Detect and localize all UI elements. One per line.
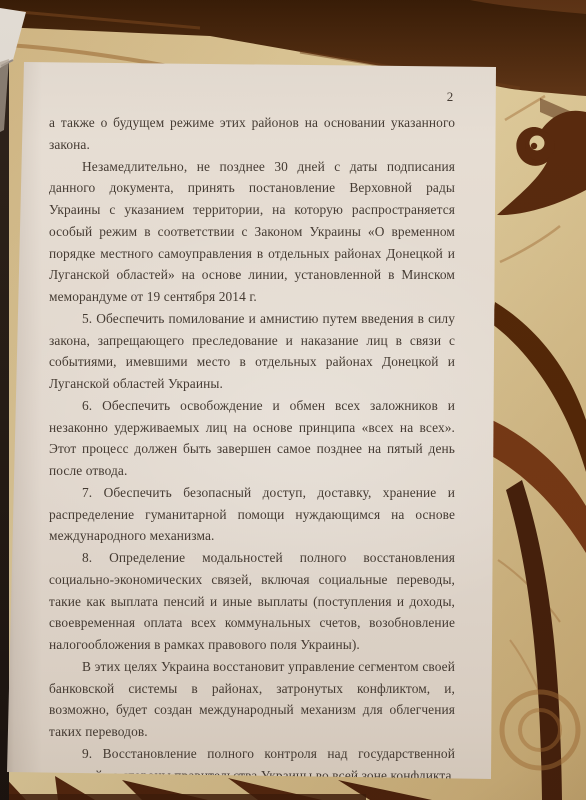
paragraph-point-6: 6. Обеспечить освобождение и обмен всех … (49, 395, 455, 482)
paragraph-point-5: 5. Обеспечить помилование и амнистию пут… (49, 308, 455, 395)
paragraph-continuation: а также о будущем режиме этих районов на… (49, 112, 455, 156)
paragraph-banking-clause: В этих целях Украина восстановит управле… (49, 656, 455, 743)
photo-of-document: 2 а также о будущем режиме этих районов … (0, 0, 586, 800)
paragraph-deadline-clause: Незамедлительно, не позднее 30 дней с да… (49, 156, 455, 308)
paragraph-point-7: 7. Обеспечить безопасный доступ, доставк… (49, 482, 455, 547)
document-text: а также о будущем режиме этих районов на… (49, 112, 455, 800)
paragraph-point-8: 8. Определение модальностей полного восс… (49, 547, 455, 656)
page-number: 2 (440, 89, 460, 105)
